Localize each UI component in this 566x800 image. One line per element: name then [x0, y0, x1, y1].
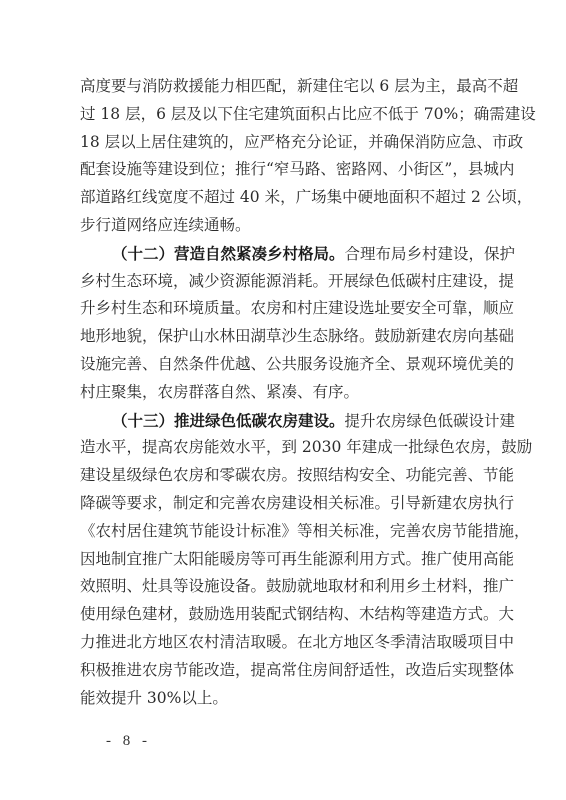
text-line: 积极推进农房节能改造，提高常住房间舒适性，改造后实现整体	[80, 657, 486, 685]
text-line: 配套设施等建设到位；推行“窄马路、密路网、小街区”，县城内	[80, 156, 486, 184]
section-12-heading: （十二）营造自然紧凑乡村格局。	[112, 244, 345, 263]
text-line: 力推进北方地区农村清洁取暖。在北方地区冬季清洁取暖项目中	[80, 629, 486, 657]
text-line: 使用绿色建材，鼓励选用装配式钢结构、木结构等建造方式。大	[80, 601, 486, 629]
section-13-first-line: （十三）推进绿色低碳农房建设。提升农房绿色低碳设计建	[80, 407, 486, 435]
text-line: 18 层以上居住建筑的，应严格充分论证，并确保消防应急、市政	[80, 129, 486, 157]
text-line: 乡村生态环境，减少资源能源消耗。开展绿色低碳村庄建设，提	[80, 268, 486, 296]
text-line: 建设星级绿色农房和零碳农房。按照结构安全、功能完善、节能	[80, 462, 486, 490]
text-line: 降碳等要求，制定和完善农房建设相关标准。引导新建农房执行	[80, 490, 486, 518]
text-line: 《农村居住建筑节能设计标准》等相关标准，完善农房节能措施，	[80, 518, 486, 546]
text-fragment: 合理布局乡村建设，保护	[345, 245, 516, 263]
text-line: 升乡村生态和环境质量。农房和村庄建设选址要安全可靠，顺应	[80, 295, 486, 323]
section-12-first-line: （十二）营造自然紧凑乡村格局。合理布局乡村建设，保护	[80, 240, 486, 268]
text-line: 村庄聚集，农房群落自然、紧凑、有序。	[80, 379, 486, 407]
section-13-heading: （十三）推进绿色低碳农房建设。	[112, 411, 345, 430]
text-line: 因地制宜推广太阳能暖房等可再生能源利用方式。推广使用高能	[80, 546, 486, 574]
page-number: - 8 -	[106, 733, 151, 750]
text-line: 部道路红线宽度不超过 40 米，广场集中硬地面积不超过 2 公顷，	[80, 184, 486, 212]
text-line: 过 18 层，6 层及以下住宅建筑面积占比应不低于 70%；确需建设	[80, 101, 486, 129]
text-line: 地形地貌，保护山水林田湖草沙生态脉络。鼓励新建农房向基础	[80, 323, 486, 351]
text-line: 设施完善、自然条件优越、公共服务设施齐全、景观环境优美的	[80, 351, 486, 379]
text-line: 高度要与消防救援能力相匹配，新建住宅以 6 层为主，最高不超	[80, 73, 486, 101]
document-body: 高度要与消防救援能力相匹配，新建住宅以 6 层为主，最高不超 过 18 层，6 …	[80, 73, 486, 712]
text-line: 能效提升 30%以上。	[80, 685, 486, 713]
document-page: 高度要与消防救援能力相匹配，新建住宅以 6 层为主，最高不超 过 18 层，6 …	[0, 0, 566, 800]
text-fragment: 提升农房绿色低碳设计建	[345, 412, 516, 430]
text-line: 步行道网络应连续通畅。	[80, 212, 486, 240]
text-line: 造水平，提高农房能效水平，到 2030 年建成一批绿色农房，鼓励	[80, 434, 486, 462]
text-line: 效照明、灶具等设施设备。鼓励就地取材和利用乡土材料，推广	[80, 573, 486, 601]
